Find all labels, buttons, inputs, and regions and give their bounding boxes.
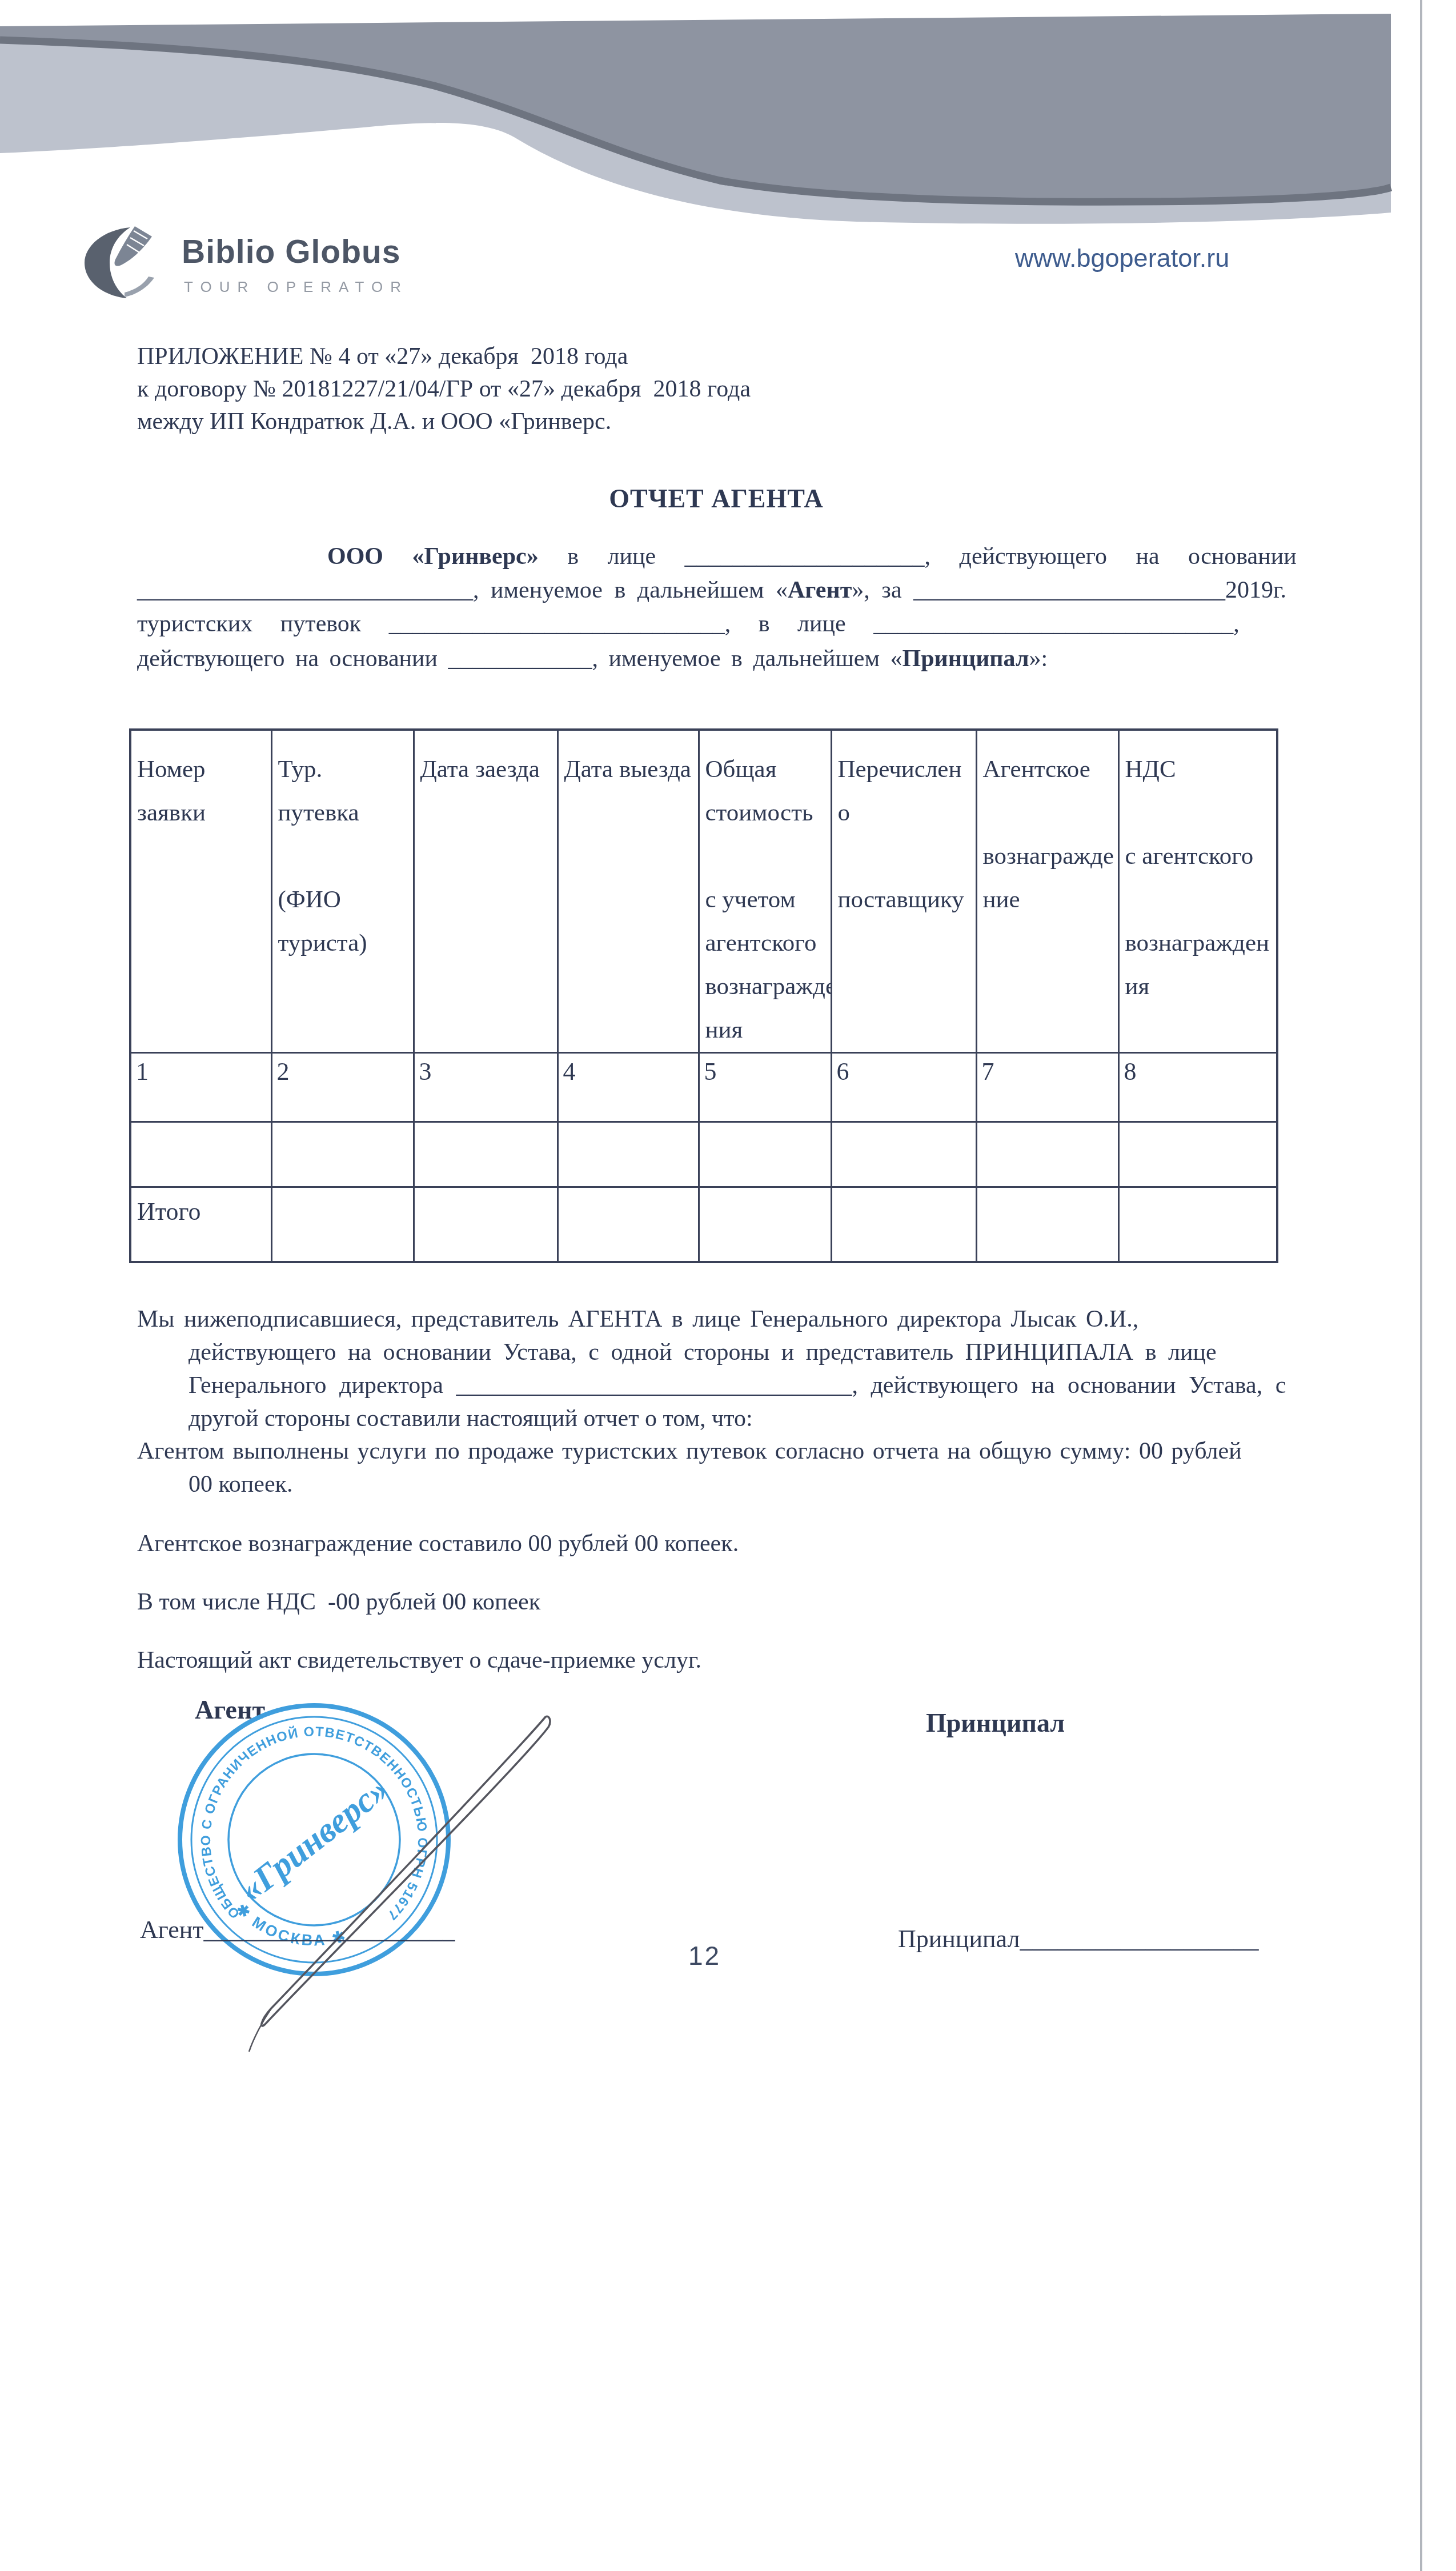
scanned-document-page: Biblio Globus TOUR OPERATOR www.bgoperat… [0,0,1456,2571]
principal-signature-line: Принципал___________________ [898,1924,1258,1953]
table-empty-row [130,1122,1277,1187]
agent-fee-summary: Агентское вознаграждение составило 00 ру… [137,1529,739,1559]
col-header-paid-to-supplier: Перечислен о поставщику [831,730,976,1053]
table-header-row: Номер заявки Тур. путевка (ФИО туриста) … [130,730,1277,1053]
appendix-line-3: между ИП Кондратюк Д.А. и ООО «Гринверс. [137,407,611,436]
acceptance-statement: Настоящий акт свидетельствует о сдаче-пр… [137,1645,701,1675]
agent-signature-line: Агент____________________ [140,1915,455,1944]
body-line-5: Агентом выполнены услуги по продаже тури… [137,1436,1242,1466]
body-line-2: действующего на основании Устава, с одно… [188,1337,1217,1367]
appendix-line-2: к договору № 20181227/21/04/ГР от «27» д… [137,374,751,404]
logo-bottom-arc [125,277,154,297]
logo-subtitle: TOUR OPERATOR [184,278,408,296]
col-header-tour-voucher: Тур. путевка (ФИО туриста) [271,730,414,1053]
biblio-globus-logo-icon [81,225,170,301]
agent-report-table: Номер заявки Тур. путевка (ФИО туриста) … [129,728,1278,1263]
principal-term-bold: Принципал [903,646,1029,672]
signature-blank: ____________________ [204,1916,455,1944]
intro-line-4: действующего на основании ____________, … [137,644,1048,674]
col-header-departure-date: Дата выезда [557,730,699,1053]
company-stamp: ОБЩЕСТВО С ОГРАНИЧЕННОЙ ОТВЕТСТВЕННОСТЬЮ… [149,1700,571,2077]
body-line-1: Мы нижеподписавшиеся, представитель АГЕН… [137,1304,1138,1334]
table-column-number-row: 1 2 3 4 5 6 7 8 [130,1053,1277,1122]
intro-line-2: ____________________________, именуемое … [137,575,1286,605]
signature-tail [249,2008,271,2052]
report-table-grid: Номер заявки Тур. путевка (ФИО туриста) … [129,728,1278,1263]
body-line-3: Генерального директора _________________… [188,1371,1286,1400]
table-total-row: Итого [130,1187,1277,1263]
logo-title: Biblio Globus [182,233,400,271]
blank-field: ______________________________ [873,611,1233,637]
body-line-4: другой стороны составили настоящий отчет… [188,1404,753,1433]
website-url: www.bgoperator.ru [1015,243,1229,273]
scan-edge-artifact [1420,0,1422,2571]
page-title: ОТЧЕТ АГЕНТА [137,483,1295,514]
col-header-vat: НДС с агентского вознагражден ия [1118,730,1277,1053]
stamp-company-name: «Гринверс» [232,1770,396,1910]
blank-field: _________________________________ [456,1372,852,1399]
signature-blank: ___________________ [1020,1925,1258,1953]
col-header-total-cost: Общая стоимость с учетом агентского возн… [699,730,831,1053]
col-header-request-number: Номер заявки [130,730,271,1053]
appendix-line-1: ПРИЛОЖЕНИЕ № 4 от «27» декабря 2018 года [137,342,628,371]
page-number: 12 [688,1940,721,1971]
company-name-bold: ООО «Гринверс» [327,543,539,570]
body-line-6: 00 копеек. [188,1469,292,1499]
agent-term-bold: Агент [788,577,852,603]
blank-field: ____________________________ [137,577,473,603]
intro-line-1: ООО «Гринверс» в лице __________________… [137,542,1297,571]
col-header-arrival-date: Дата заезда [414,730,557,1053]
intro-line-3: туристских путевок _____________________… [137,609,1240,639]
principal-signature-heading: Принципал [926,1708,1065,1738]
col-header-agent-fee: Агентское вознагражде ние [976,730,1118,1053]
blank-field: ____________________________ [389,611,725,637]
blank-field: ____________ [448,646,592,672]
vat-summary: В том числе НДС -00 рублей 00 копеек [137,1587,540,1617]
blank-field: __________________________ [913,577,1225,603]
total-label-cell: Итого [130,1187,271,1263]
header-wave-decoration [0,0,1456,229]
blank-field: ____________________ [685,543,925,570]
